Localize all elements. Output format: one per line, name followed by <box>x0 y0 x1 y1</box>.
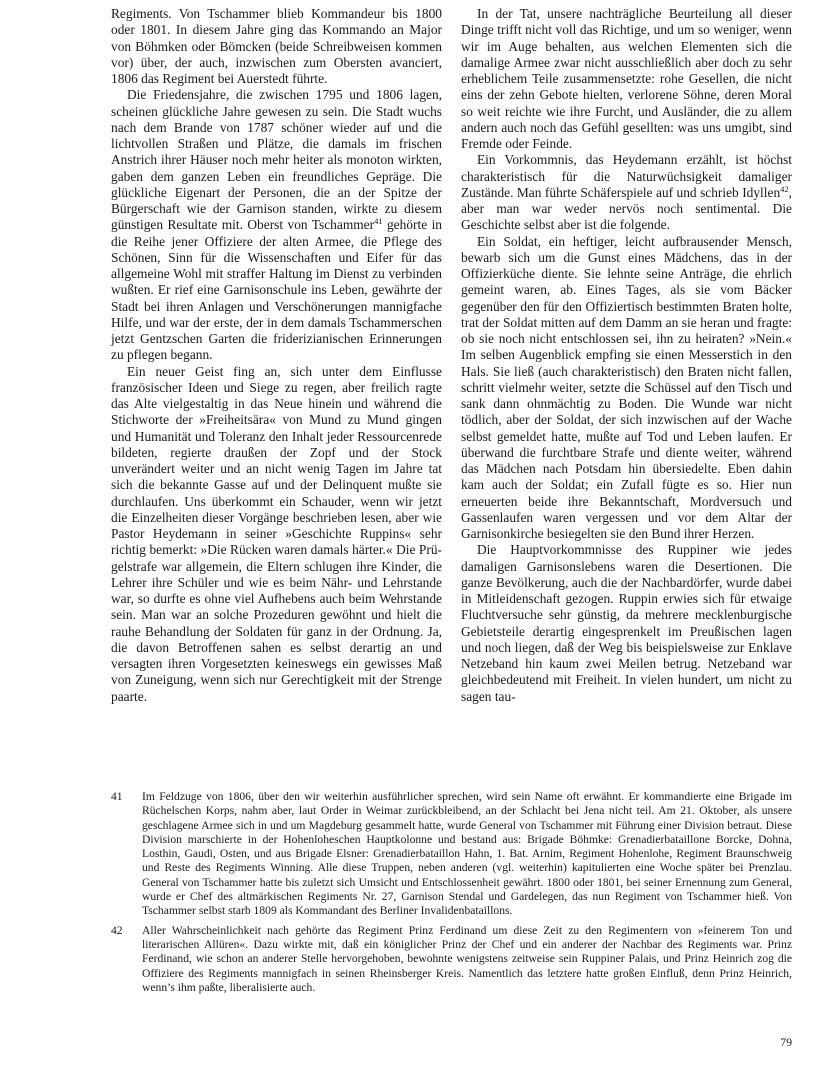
footnote-reference-42[interactable]: 42 <box>780 184 789 194</box>
paragraph: Die Hauptvorkommnisse des Ruppiner wie j… <box>461 542 792 705</box>
paragraph: Ein Vorkommnis, das Heydemann erzählt, i… <box>461 152 792 233</box>
paragraph: Die Friedensjahre, die zwischen 1795 und… <box>111 87 442 363</box>
left-text-column: Regiments. Von Tschammer blieb Kommandeu… <box>111 6 442 705</box>
paragraph: In der Tat, unsere nachträgliche Beurtei… <box>461 6 792 152</box>
footnote-number: 42 <box>111 924 123 938</box>
paragraph: Ein Soldat, ein heftiger, leicht aufbrau… <box>461 234 792 543</box>
footnote-text: Im Feldzuge von 1806, über den wir weite… <box>142 790 792 917</box>
paragraph-text: Die Friedensjahre, die zwischen 1795 und… <box>111 87 442 232</box>
page-number: 79 <box>780 1036 792 1049</box>
footnote-text: Aller Wahrscheinlichkeit nach gehörte da… <box>142 924 792 994</box>
paragraph-text: Ein Vorkommnis, das Heydemann erzählt, i… <box>461 152 792 200</box>
footnote-42: 42 Aller Wahrscheinlichkeit nach gehörte… <box>111 924 792 995</box>
right-text-column: In der Tat, unsere nachträgliche Beurtei… <box>461 6 792 705</box>
paragraph: Regiments. Von Tschammer blieb Kommandeu… <box>111 6 442 87</box>
footnote-41: 41 Im Feldzuge von 1806, über den wir we… <box>111 790 792 919</box>
paragraph: Ein neuer Geist fing an, sich unter dem … <box>111 364 442 705</box>
paragraph-text: gehörte in die Reihe jener Offiziere der… <box>111 217 442 362</box>
footnotes-section: 41 Im Feldzuge von 1806, über den wir we… <box>111 790 792 1000</box>
footnote-number: 41 <box>111 790 123 804</box>
footnote-reference-41[interactable]: 41 <box>374 216 383 226</box>
